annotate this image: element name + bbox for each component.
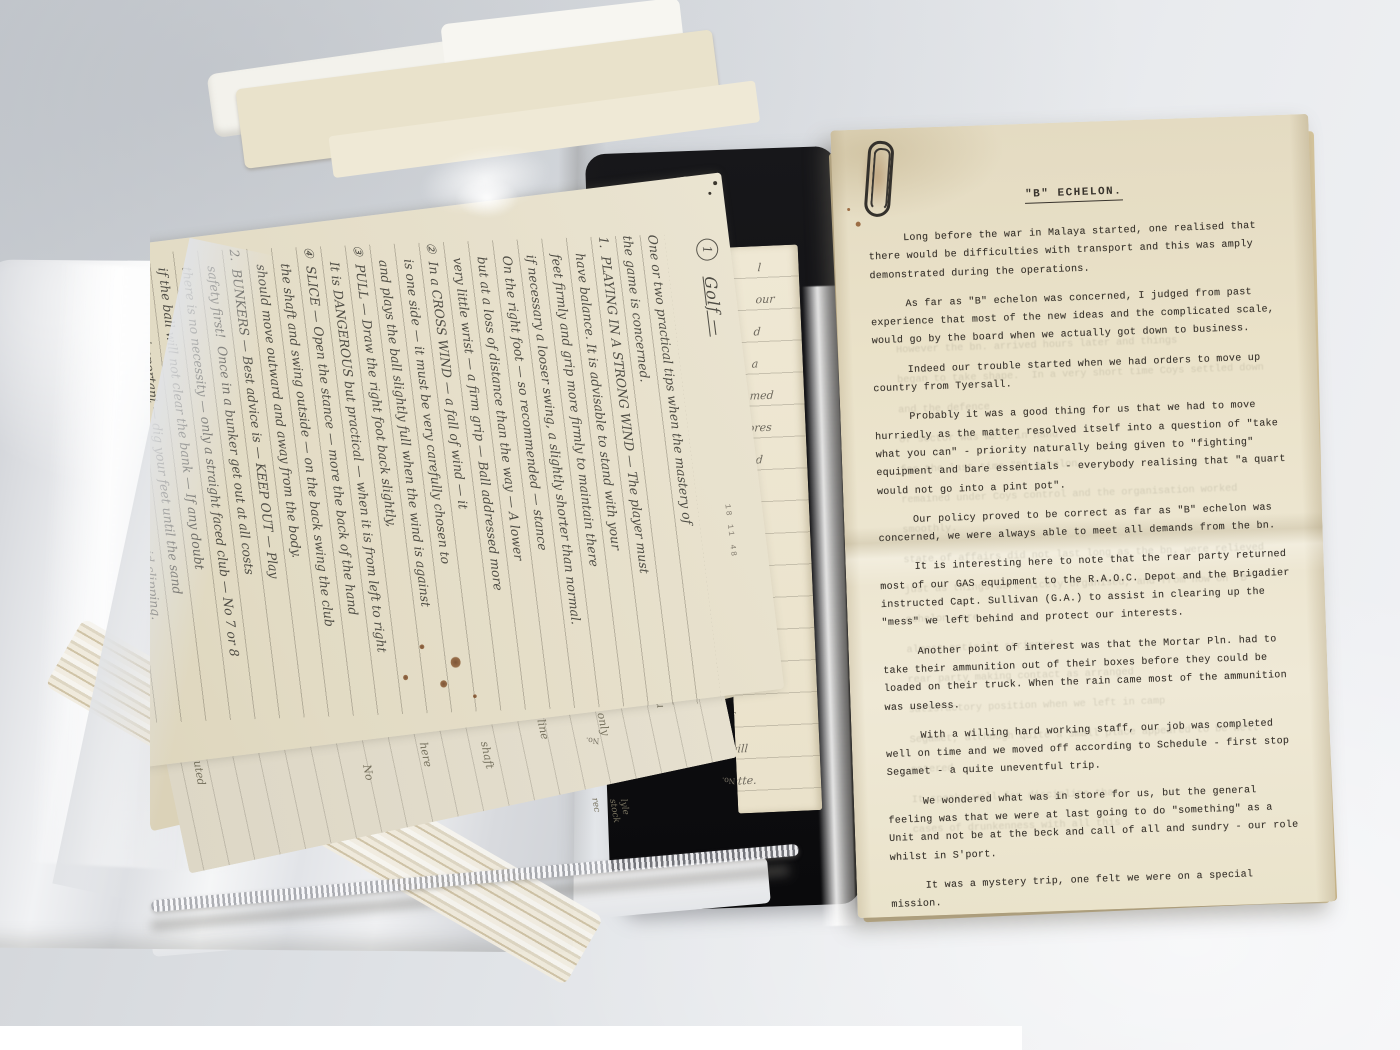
date-stamp: 18 11 48 bbox=[722, 504, 738, 559]
plastic-sheen bbox=[455, 178, 519, 218]
ink-spot bbox=[713, 181, 717, 185]
typed-paragraph: As far as "B" echelon was concerned, I j… bbox=[870, 283, 1286, 352]
typed-echelon-page: However the bn. arrived hours later and … bbox=[830, 114, 1335, 918]
handwriting-fragment: shaft bbox=[478, 740, 496, 770]
typed-title: "B" ECHELON. bbox=[1025, 185, 1123, 203]
rust-spot bbox=[856, 222, 861, 227]
typed-paragraph: We wondered what was in store for us, bu… bbox=[888, 780, 1304, 868]
typed-paragraph: Our policy proved to be correct as far a… bbox=[878, 499, 1293, 550]
typed-paragraphs: Long before the war in Malaya started, o… bbox=[868, 217, 1307, 918]
typed-text-block: "B" ECHELON. Long before the war in Mala… bbox=[866, 175, 1307, 918]
golf-heading: Golf — bbox=[701, 276, 727, 336]
handwriting-fragment: lyle bbox=[618, 798, 631, 816]
no-label: No. bbox=[586, 736, 600, 747]
golf-page-header: 1 Golf — bbox=[695, 237, 729, 337]
no-label: No. bbox=[722, 776, 736, 787]
page-number-circled: 1 bbox=[695, 237, 720, 262]
photo-of-documents: lourdamedoresledllenayrlockeauiancefwill… bbox=[0, 0, 1400, 1050]
typed-paragraph: With a willing hard working staff, our j… bbox=[885, 714, 1301, 783]
typed-paragraph: Another point of interest was that the M… bbox=[882, 630, 1298, 718]
handwriting-fragment: rec bbox=[589, 797, 601, 813]
typed-paragraph: Long before the war in Malaya started, o… bbox=[868, 217, 1284, 286]
ink-spot bbox=[708, 192, 711, 195]
photo-bottom-margin bbox=[0, 1026, 1022, 1050]
typed-paragraph: Indeed our trouble started when we had o… bbox=[873, 349, 1288, 400]
rust-spot bbox=[847, 208, 850, 211]
handwriting-fragment: line bbox=[534, 718, 551, 741]
typed-paragraph: It is interesting here to note that the … bbox=[879, 546, 1295, 634]
handwriting-fragment: only bbox=[594, 711, 612, 737]
paper-clip-icon bbox=[863, 140, 894, 218]
handwriting-fragment: No bbox=[360, 763, 376, 782]
typed-paragraph: Probably it was a good thing for us that… bbox=[874, 396, 1291, 502]
handwriting-fragment: here bbox=[417, 741, 435, 769]
